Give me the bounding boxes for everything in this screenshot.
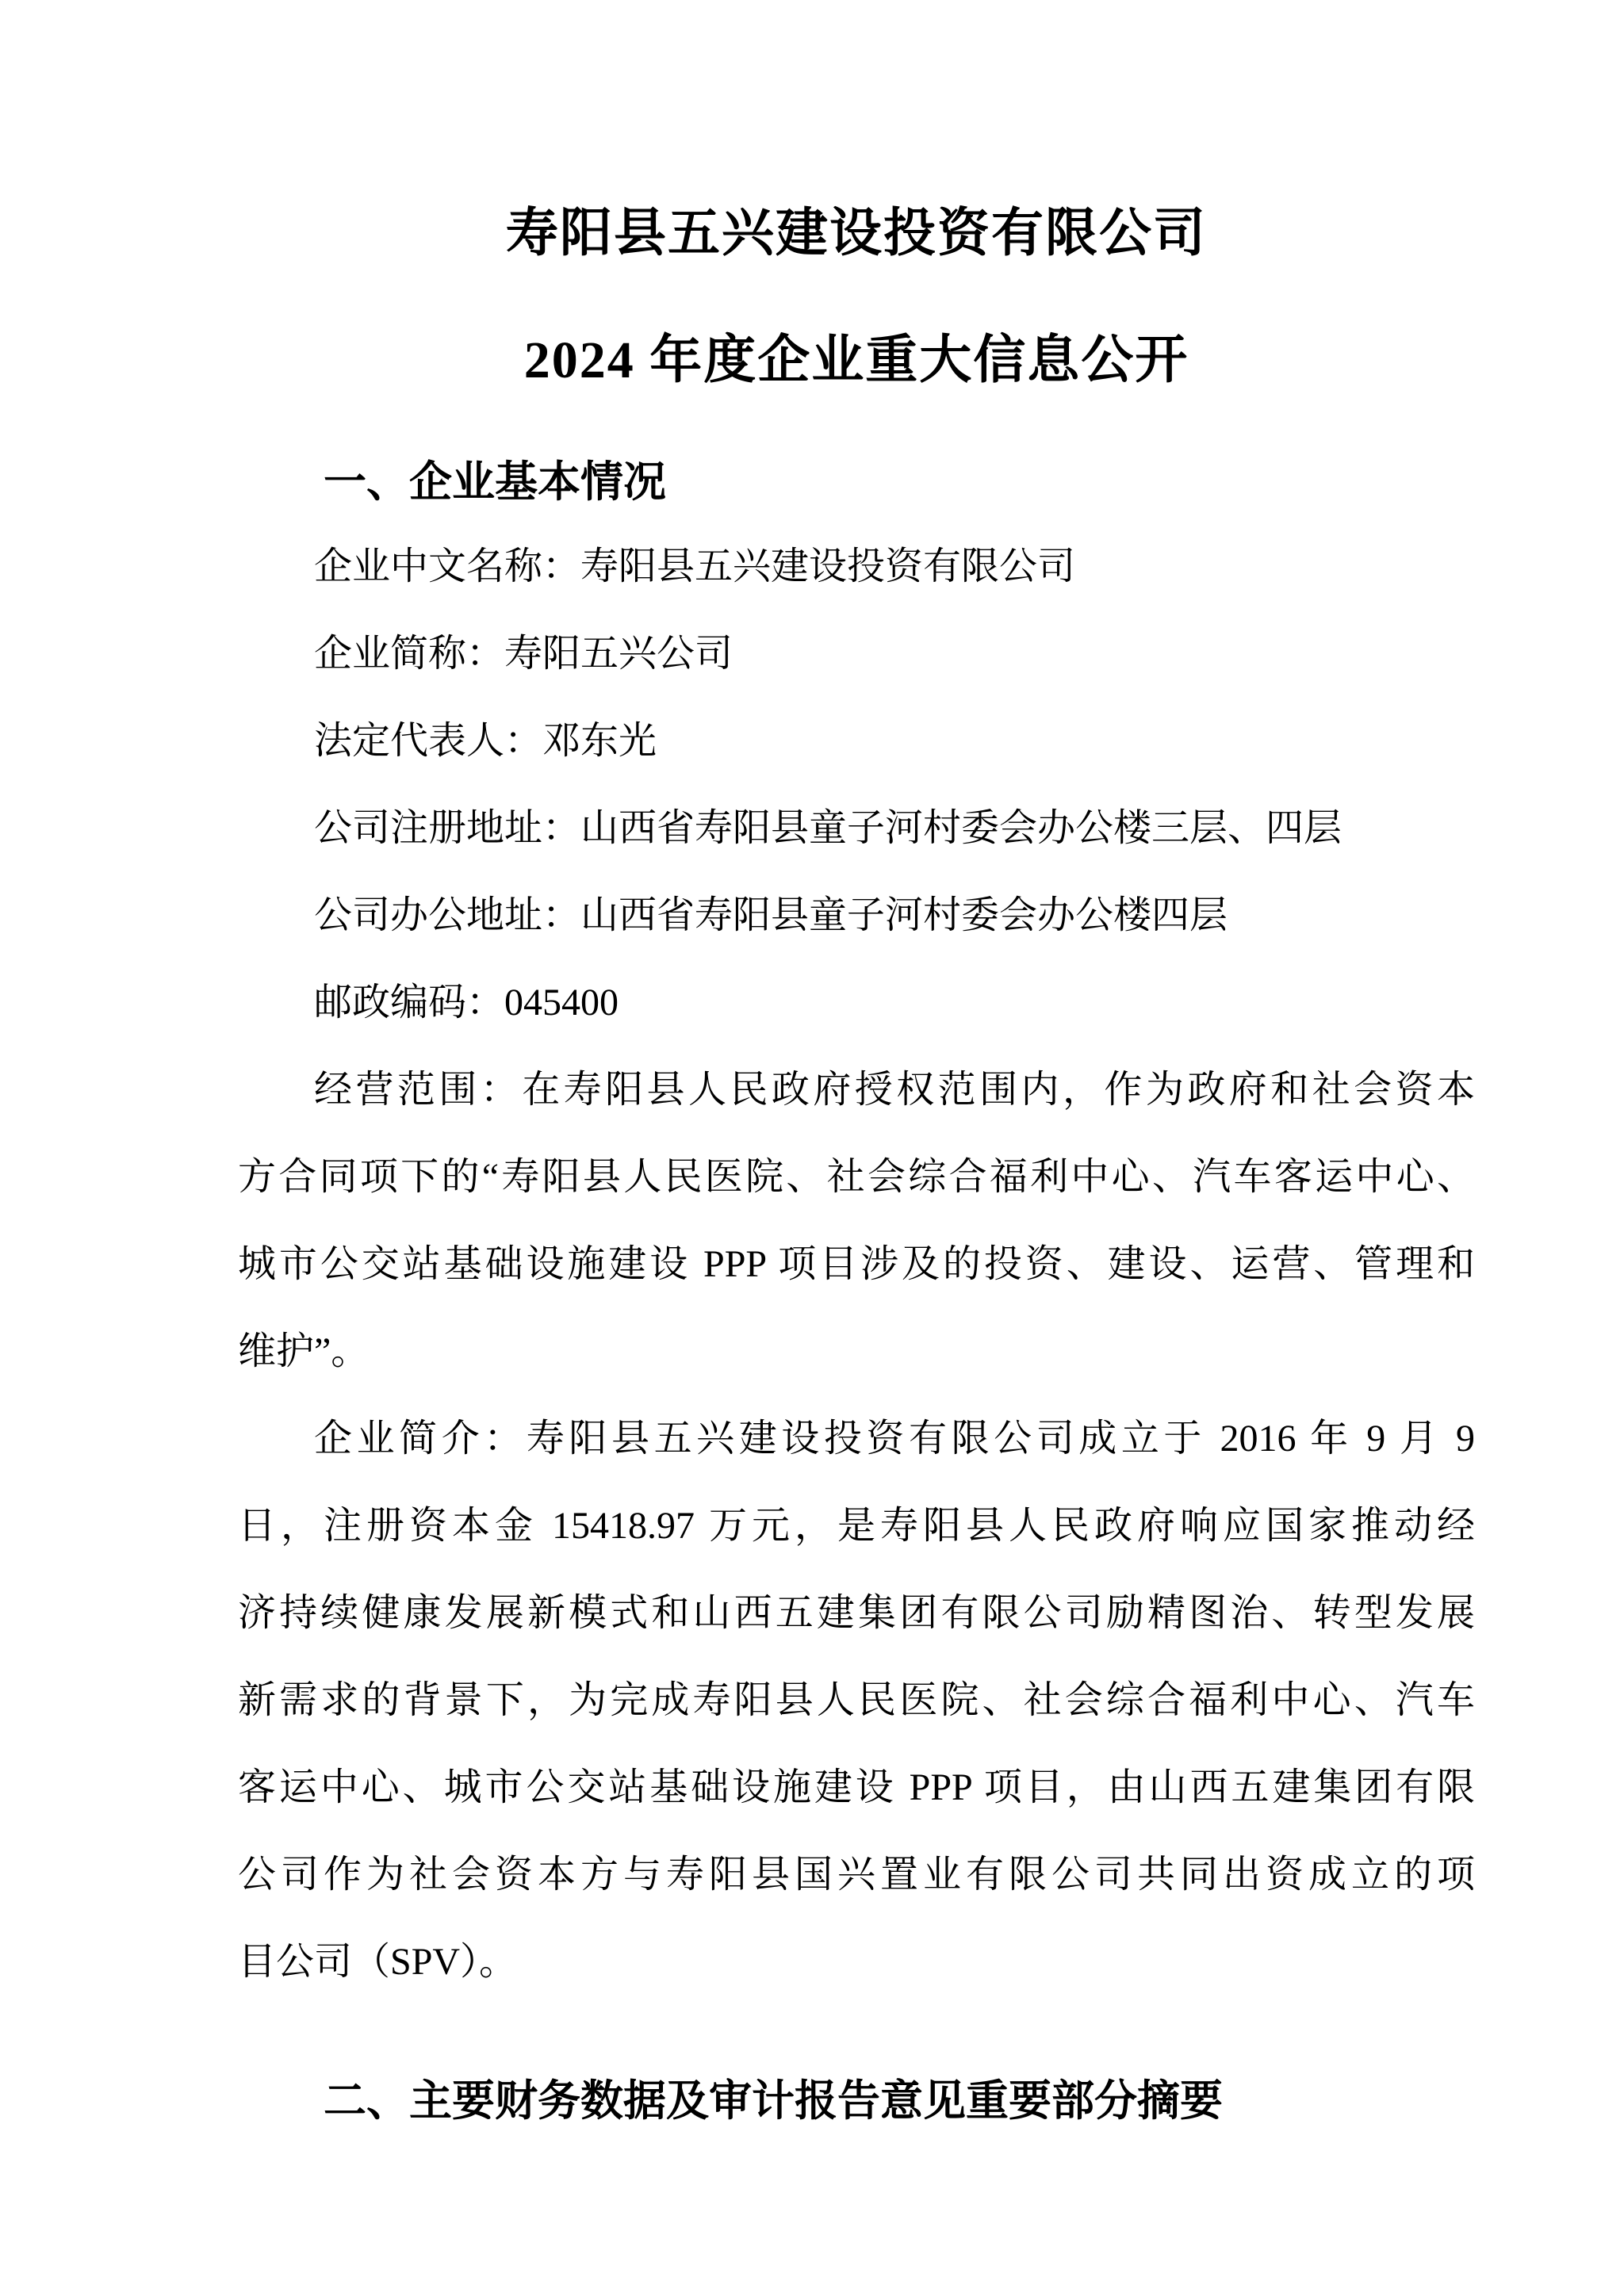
text-line-company-profile-2: 日，注册资本金 15418.97 万元，是寿阳县人民政府响应国家推动经 (238, 1483, 1475, 1570)
text-line-company-profile-6: 公司作为社会资本方与寿阳县国兴置业有限公司共同出资成立的项 (238, 1831, 1475, 1919)
text-line-company-short-name: 企业简称：寿阳五兴公司 (238, 610, 1475, 698)
text-line-company-profile-7: 目公司（SPV）。 (238, 1919, 1475, 2006)
text-line-postal-code: 邮政编码：045400 (238, 959, 1475, 1047)
text-line-legal-representative: 法定代表人：邓东光 (238, 698, 1475, 785)
text-line-company-profile-4: 新需求的背景下，为完成寿阳县人民医院、社会综合福利中心、汽车 (238, 1657, 1475, 1744)
text-line-company-name: 企业中文名称：寿阳县五兴建设投资有限公司 (238, 523, 1475, 610)
text-line-business-scope-4: 维护”。 (238, 1308, 1475, 1395)
text-line-business-scope-1: 经营范围：在寿阳县人民政府授权范围内，作为政府和社会资本 (238, 1047, 1475, 1134)
text-line-registered-address: 公司注册地址：山西省寿阳县童子河村委会办公楼三层、四层 (238, 785, 1475, 872)
body-text-block: 企业中文名称：寿阳县五兴建设投资有限公司 企业简称：寿阳五兴公司 法定代表人：邓… (238, 523, 1475, 2006)
document-subtitle: 2024 年度企业重大信息公开 (238, 325, 1475, 396)
section-heading-basic-info: 一、企业基本情况 (238, 450, 1475, 514)
text-line-business-scope-3: 城市公交站基础设施建设 PPP 项目涉及的投资、建设、运营、管理和 (238, 1221, 1475, 1308)
document-content: 寿阳县五兴建设投资有限公司 2024 年度企业重大信息公开 一、企业基本情况 企… (238, 0, 1475, 2133)
document-page: 寿阳县五兴建设投资有限公司 2024 年度企业重大信息公开 一、企业基本情况 企… (0, 0, 1624, 2296)
text-line-office-address: 公司办公地址：山西省寿阳县童子河村委会办公楼四层 (238, 872, 1475, 959)
document-title: 寿阳县五兴建设投资有限公司 (238, 0, 1475, 270)
text-line-company-profile-1: 企业简介：寿阳县五兴建设投资有限公司成立于 2016 年 9 月 9 (238, 1395, 1475, 1483)
text-line-company-profile-3: 济持续健康发展新模式和山西五建集团有限公司励精图治、转型发展 (238, 1570, 1475, 1657)
text-line-business-scope-2: 方合同项下的“寿阳县人民医院、社会综合福利中心、汽车客运中心、 (238, 1134, 1475, 1221)
text-line-company-profile-5: 客运中心、城市公交站基础设施建设 PPP 项目，由山西五建集团有限 (238, 1744, 1475, 1831)
section-heading-financial-data: 二、主要财务数据及审计报告意见重要部分摘要 (238, 2069, 1475, 2133)
